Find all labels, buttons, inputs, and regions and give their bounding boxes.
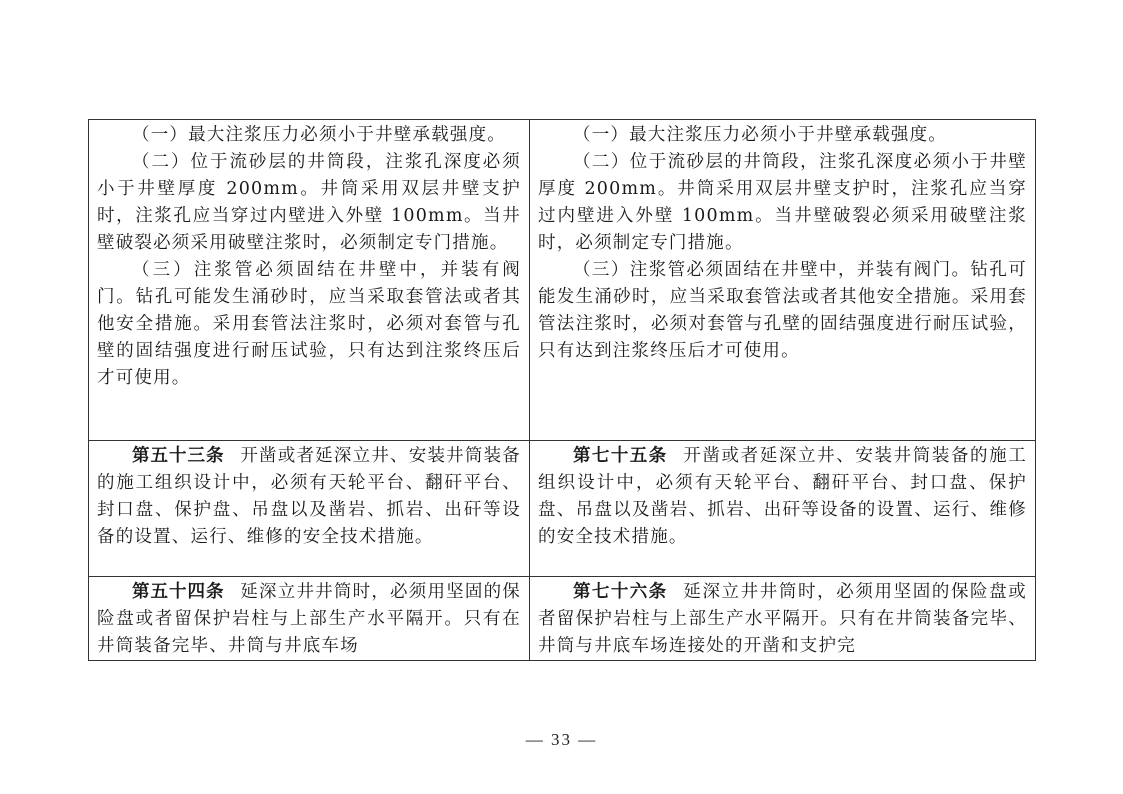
table-row: 第五十四条延深立井井筒时，必须用坚固的保险盘或者留保护岩柱与上部生产水平隔开。只… <box>89 577 1036 661</box>
table-row: 第五十三条开凿或者延深立井、安装井筒装备的施工组织设计中，必须有天轮平台、翻矸平… <box>89 441 1036 577</box>
paragraph: （一）最大注浆压力必须小于井壁承载强度。 <box>97 122 521 149</box>
comparison-table: （一）最大注浆压力必须小于井壁承载强度。 （二）位于流砂层的井筒段，注浆孔深度必… <box>88 119 1036 661</box>
table-row: （一）最大注浆压力必须小于井壁承载强度。 （二）位于流砂层的井筒段，注浆孔深度必… <box>89 120 1036 441</box>
article-paragraph: 第五十三条开凿或者延深立井、安装井筒装备的施工组织设计中，必须有天轮平台、翻矸平… <box>97 443 521 551</box>
new-text-cell: 第七十五条开凿或者延深立井、安装井筒装备的施工组织设计中，必须有天轮平台、翻矸平… <box>530 441 1036 577</box>
new-text-cell: （一）最大注浆压力必须小于井壁承载强度。 （二）位于流砂层的井筒段，注浆孔深度必… <box>530 120 1036 441</box>
paragraph: （二）位于流砂层的井筒段，注浆孔深度必须小于井壁厚度 200mm。井筒采用双层井… <box>97 149 521 257</box>
page-number: — 33 — <box>0 730 1123 750</box>
article-number: 第七十六条 <box>573 582 668 602</box>
new-text-cell: 第七十六条延深立井井筒时，必须用坚固的保险盘或者留保护岩柱与上部生产水平隔开。只… <box>530 577 1036 661</box>
old-text-cell: 第五十三条开凿或者延深立井、安装井筒装备的施工组织设计中，必须有天轮平台、翻矸平… <box>89 441 530 577</box>
article-number: 第五十三条 <box>132 446 225 466</box>
article-paragraph: 第七十五条开凿或者延深立井、安装井筒装备的施工组织设计中，必须有天轮平台、翻矸平… <box>538 443 1027 551</box>
old-text-cell: 第五十四条延深立井井筒时，必须用坚固的保险盘或者留保护岩柱与上部生产水平隔开。只… <box>89 577 530 661</box>
old-text-cell: （一）最大注浆压力必须小于井壁承载强度。 （二）位于流砂层的井筒段，注浆孔深度必… <box>89 120 530 441</box>
paragraph: （二）位于流砂层的井筒段，注浆孔深度必须小于井壁厚度 200mm。井筒采用双层井… <box>538 149 1027 257</box>
article-paragraph: 第七十六条延深立井井筒时，必须用坚固的保险盘或者留保护岩柱与上部生产水平隔开。只… <box>538 579 1027 660</box>
article-number: 第五十四条 <box>132 582 225 602</box>
paragraph: （三）注浆管必须固结在井壁中，并装有阀门。钻孔可能发生涌砂时，应当采取套管法或者… <box>538 257 1027 365</box>
document-page: （一）最大注浆压力必须小于井壁承载强度。 （二）位于流砂层的井筒段，注浆孔深度必… <box>0 0 1123 794</box>
article-number: 第七十五条 <box>573 446 668 466</box>
article-paragraph: 第五十四条延深立井井筒时，必须用坚固的保险盘或者留保护岩柱与上部生产水平隔开。只… <box>97 579 521 660</box>
paragraph: （一）最大注浆压力必须小于井壁承载强度。 <box>538 122 1027 149</box>
paragraph: （三）注浆管必须固结在井壁中，并装有阀门。钻孔可能发生涌砂时，应当采取套管法或者… <box>97 257 521 392</box>
